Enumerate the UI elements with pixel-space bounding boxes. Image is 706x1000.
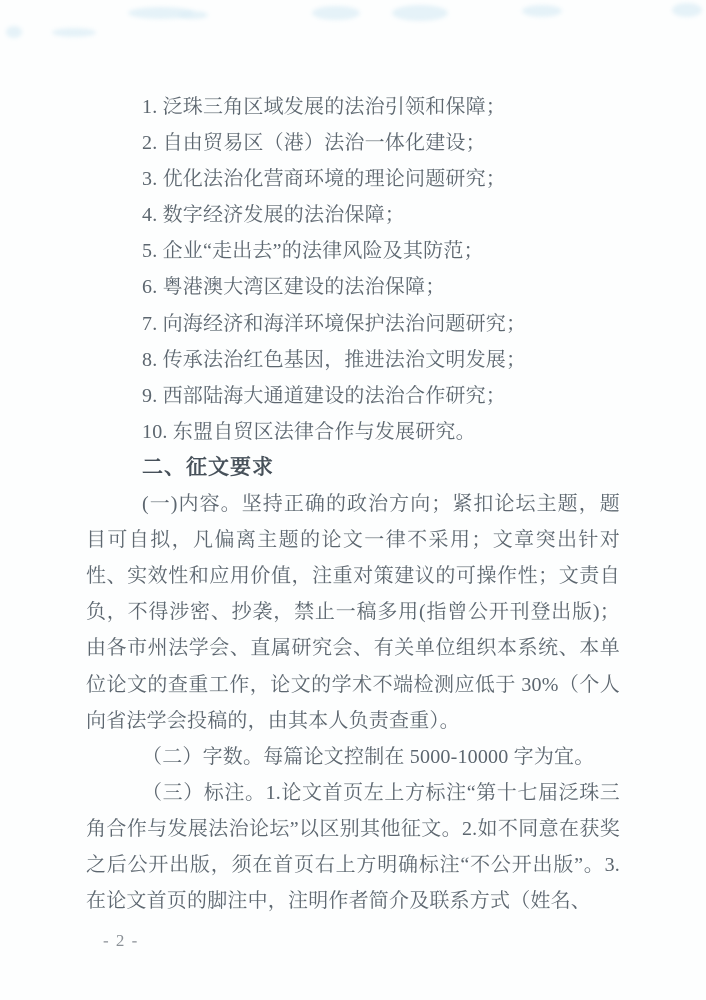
list-item-2: 2. 自由贸易区（港）法治一体化建设； <box>86 125 620 161</box>
list-item-9: 9. 西部陆海大通道建设的法治合作研究； <box>86 378 620 414</box>
list-item-5: 5. 企业“走出去”的法律风险及其防范； <box>86 233 620 269</box>
paragraph-annotation-rules: （三）标注。1.论文首页左上方标注“第十七届泛珠三角合作与发展法治论坛”以区别其… <box>86 775 620 919</box>
scan-artifact <box>52 28 96 37</box>
scan-artifact <box>392 5 448 21</box>
scan-artifact <box>312 6 360 20</box>
scan-artifact <box>522 5 562 17</box>
page-number: - 2 - <box>103 931 139 951</box>
list-item-7: 7. 向海经济和海洋环境保护法治问题研究； <box>86 306 620 342</box>
document-page: 1. 泛珠三角区域发展的法治引领和保障； 2. 自由贸易区（港）法治一体化建设；… <box>0 0 706 1000</box>
list-item-8: 8. 传承法治红色基因，推进法治文明发展； <box>86 342 620 378</box>
paragraph-word-count: （二）字数。每篇论文控制在 5000-10000 字为宜。 <box>86 739 620 775</box>
list-item-4: 4. 数字经济发展的法治保障； <box>86 197 620 233</box>
scan-artifact <box>672 3 702 17</box>
scan-artifact <box>178 11 208 19</box>
list-item-10: 10. 东盟自贸区法律合作与发展研究。 <box>86 414 620 450</box>
scan-artifact <box>6 26 22 38</box>
list-item-3: 3. 优化法治化营商环境的理论问题研究； <box>86 161 620 197</box>
list-item-6: 6. 粤港澳大湾区建设的法治保障； <box>86 269 620 305</box>
document-body: 1. 泛珠三角区域发展的法治引领和保障； 2. 自由贸易区（港）法治一体化建设；… <box>86 89 620 919</box>
paragraph-content-requirements: (一)内容。坚持正确的政治方向；紧扣论坛主题，题目可自拟，凡偏离主题的论文一律不… <box>86 486 620 739</box>
list-item-1: 1. 泛珠三角区域发展的法治引领和保障； <box>86 89 620 125</box>
section-heading: 二、征文要求 <box>86 450 620 486</box>
